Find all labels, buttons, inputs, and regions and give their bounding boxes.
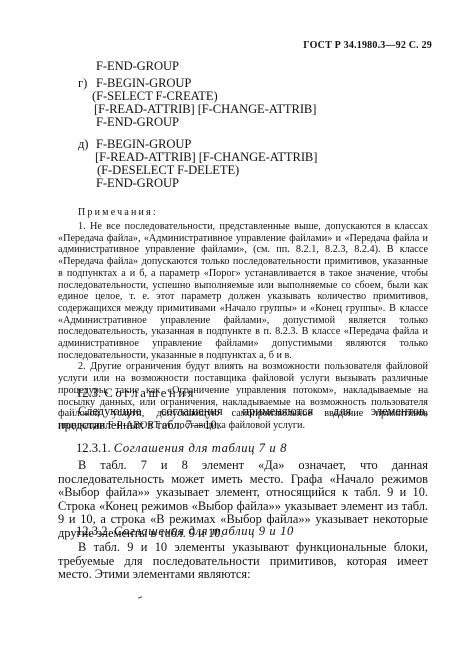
subsection-heading: 12.3.2. Соглашения для таблиц 9 и 10 xyxy=(76,524,294,539)
section-title: Соглашения для таблиц 7 и 8 xyxy=(114,441,287,455)
paragraph: Следующие соглашения применяются для эле… xyxy=(58,405,428,432)
code-line: F-END-GROUP xyxy=(96,60,179,73)
sequence-label: д) xyxy=(78,138,88,151)
section-paragraph: Следующие соглашения применяются для эле… xyxy=(58,405,428,432)
sequence-g: г) F-BEGIN-GROUP (F-SELECT F-CREATE) [F-… xyxy=(0,77,465,129)
scan-speck xyxy=(138,596,142,598)
sequence-tail: F-END-GROUP xyxy=(0,60,465,73)
section-title: Соглашения xyxy=(104,386,196,400)
code-line: F-END-GROUP xyxy=(96,116,179,129)
note-item: 1. Не все последовательности, представле… xyxy=(58,221,428,361)
code-line: F-END-GROUP xyxy=(96,177,179,190)
section-title: Соглашения для таблиц 9 и 10 xyxy=(114,524,294,538)
section-heading: 12.3. Соглашения xyxy=(76,386,196,401)
notes-title: Примечания: xyxy=(78,207,158,218)
sequence-label: г) xyxy=(78,77,87,90)
section-number: 12.3. xyxy=(76,386,101,400)
section-paragraph: В табл. 9 и 10 элементы указывают функци… xyxy=(58,541,428,582)
subsection-heading: 12.3.1. Соглашения для таблиц 7 и 8 xyxy=(76,441,287,456)
sequence-d: д) F-BEGIN-GROUP [F-READ-ATTRIB] [F-CHAN… xyxy=(0,138,465,190)
page-header: ГОСТ Р 34.1980.3—92 С. 29 xyxy=(303,40,432,51)
paragraph: В табл. 9 и 10 элементы указывают функци… xyxy=(58,541,428,582)
section-number: 12.3.1. xyxy=(76,441,111,455)
section-number: 12.3.2. xyxy=(76,524,111,538)
